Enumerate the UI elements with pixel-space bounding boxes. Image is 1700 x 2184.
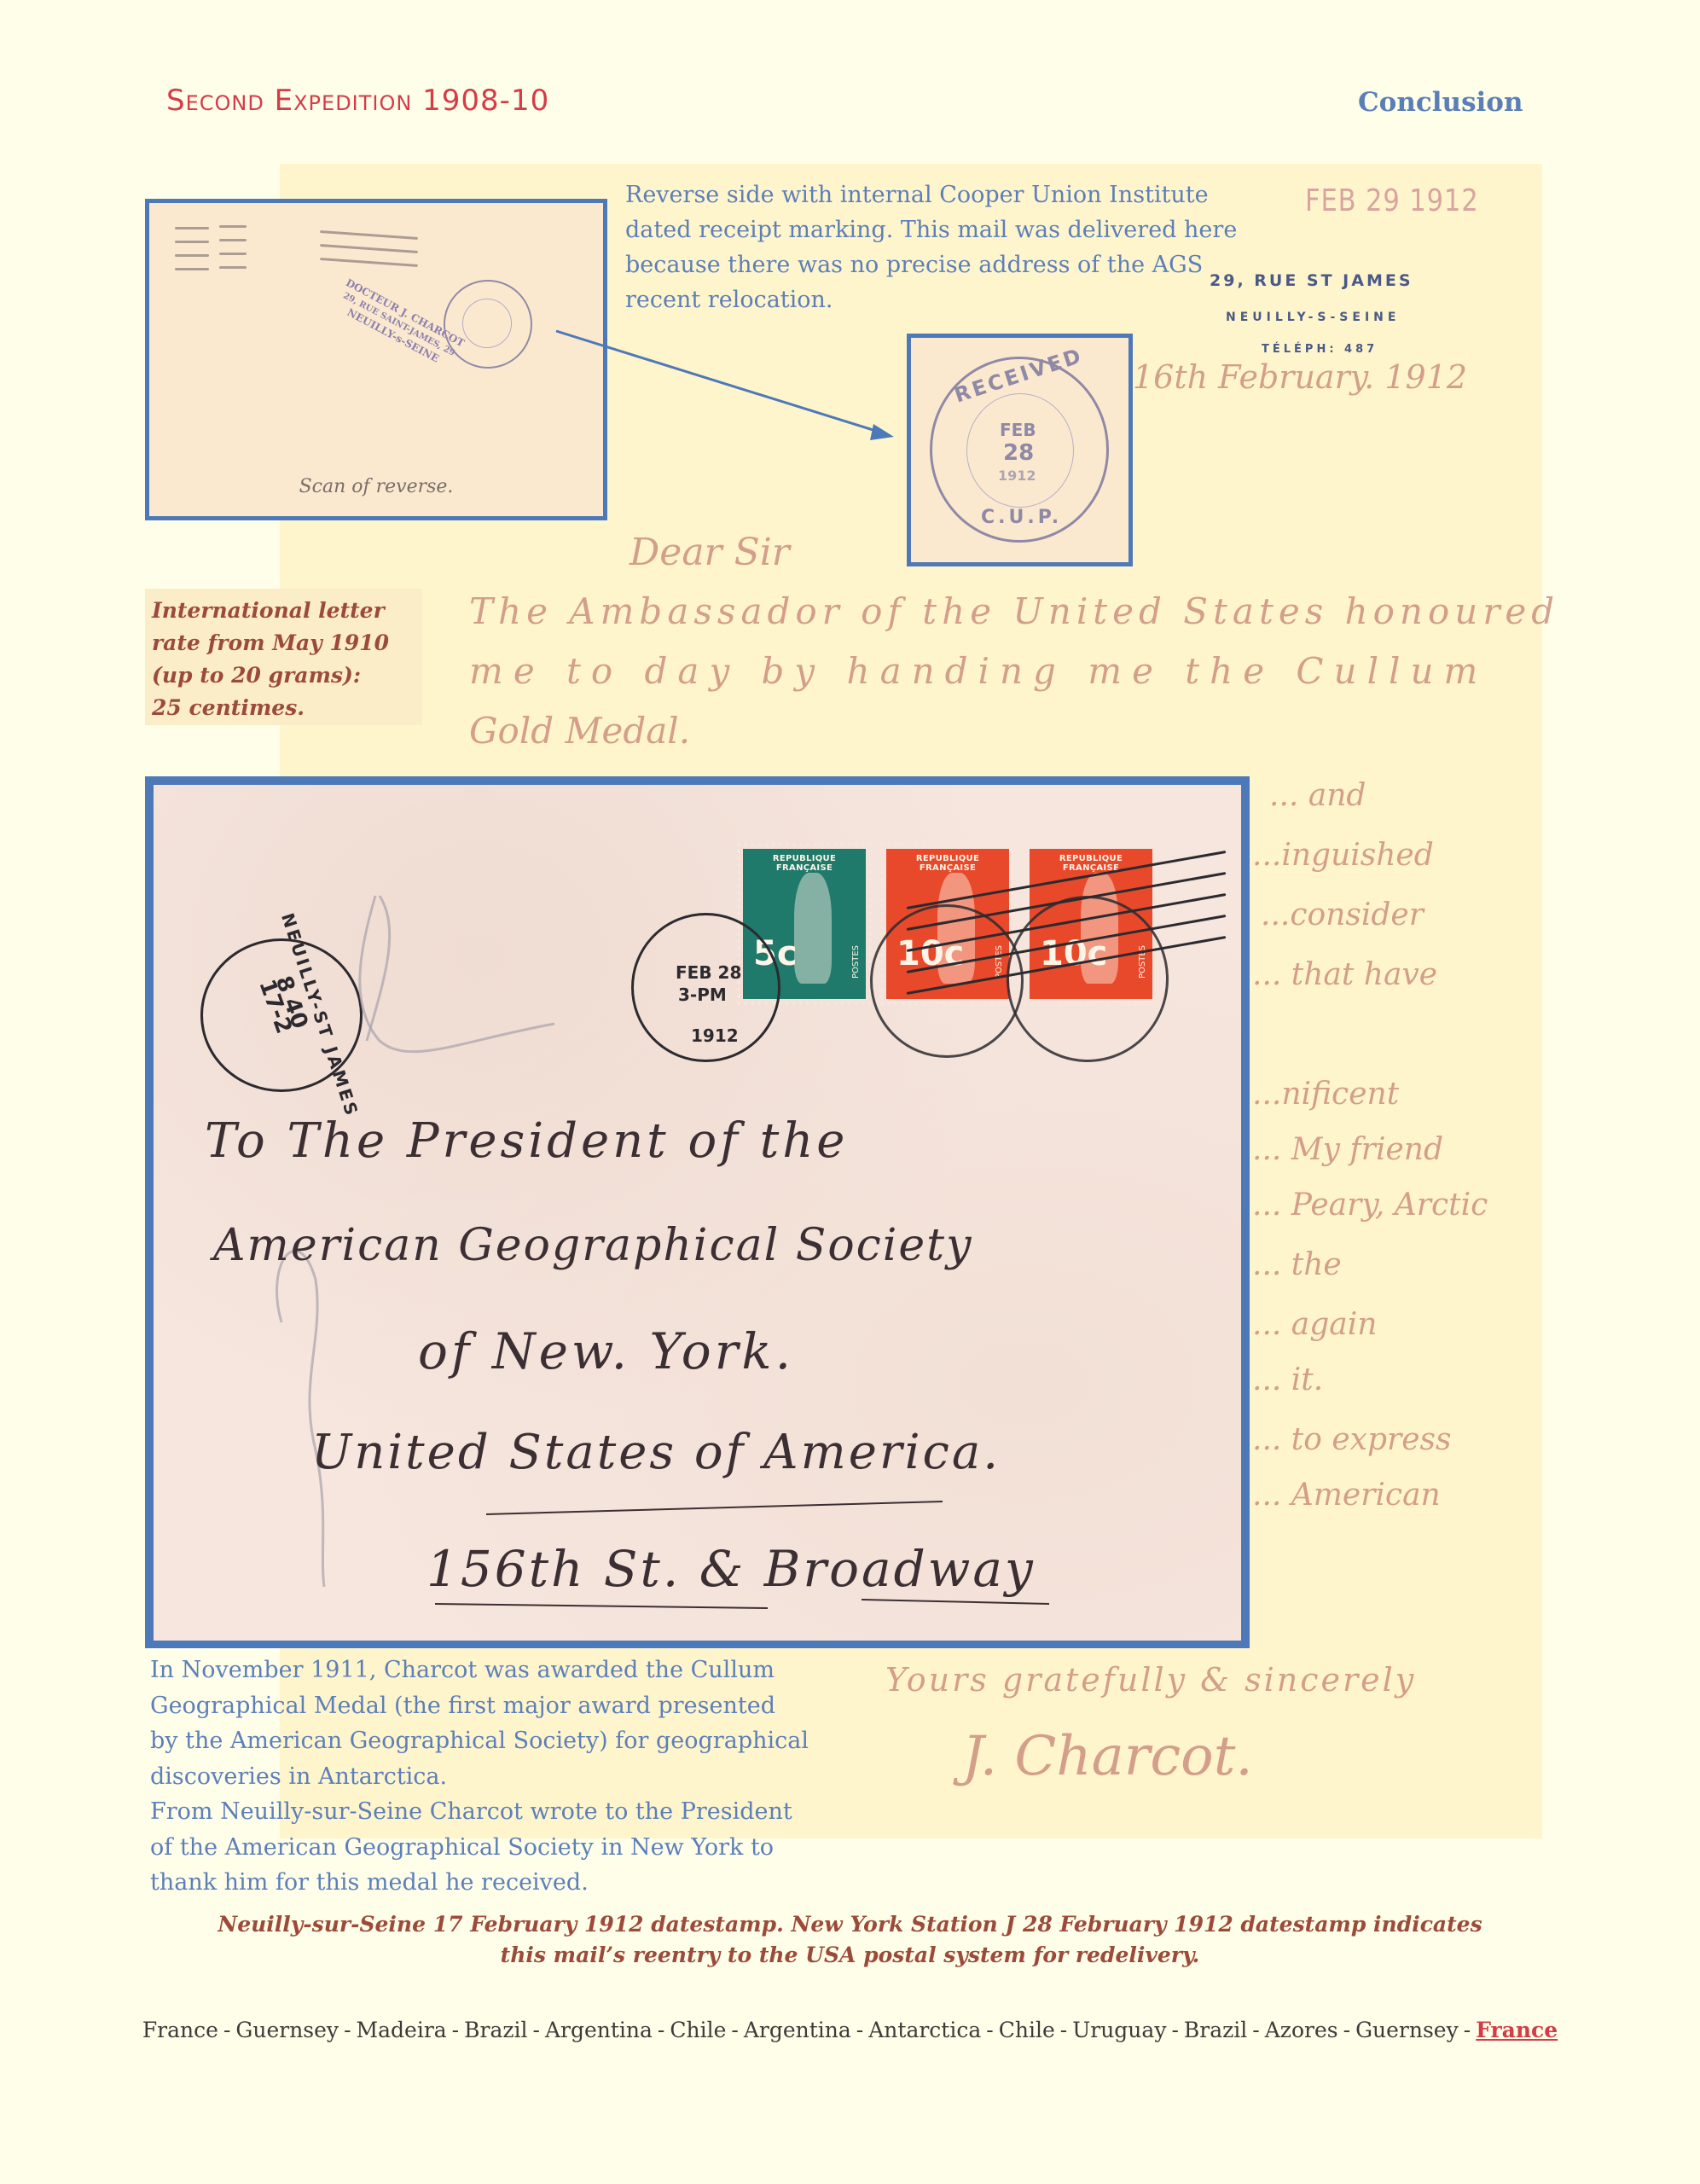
address-line: United States of America. xyxy=(311,1425,1001,1480)
route-separator: - xyxy=(452,2018,459,2042)
route-separator: - xyxy=(223,2018,230,2042)
letter-line: ... and xyxy=(1269,778,1366,813)
route-separator: - xyxy=(986,2018,993,2042)
letter-line: ...consider xyxy=(1261,897,1424,932)
section-label: Conclusion xyxy=(1358,87,1523,118)
route-separator: - xyxy=(731,2018,738,2042)
page-title: Second Expedition 1908-10 xyxy=(166,84,549,118)
envelope-cover-image: REPUBLIQUE FRANÇAISE 5c POSTES REPUBLIQU… xyxy=(154,785,1241,1641)
letter-line: ... the xyxy=(1252,1247,1342,1282)
route-separator: - xyxy=(1464,2018,1471,2042)
route-separator: - xyxy=(658,2018,664,2042)
letter-line: ... that have xyxy=(1252,957,1437,992)
letter-line: ... My friend xyxy=(1252,1132,1443,1167)
route-stop: Argentina xyxy=(744,2018,851,2042)
letter-line: ... it. xyxy=(1252,1362,1323,1397)
letter-line: Gold Medal. xyxy=(469,710,690,752)
route-stop-current[interactable]: France xyxy=(1476,2018,1558,2042)
letter-line: ... again xyxy=(1252,1307,1377,1342)
letter-line: ...inguished xyxy=(1252,838,1434,873)
received-postmark-small xyxy=(444,280,532,369)
route-stop: Uruguay xyxy=(1072,2018,1166,2042)
route-stop: Chile xyxy=(999,2018,1055,2042)
address-line: 156th St. & Broadway xyxy=(426,1540,1036,1598)
letter-line: me to day by handing me the Cullum xyxy=(469,650,1488,692)
letter-line: ... Peary, Arctic xyxy=(1252,1188,1488,1223)
letter-signature: J. Charcot. xyxy=(962,1725,1253,1788)
reverse-scan-image: DOCTEUR J. CHARCOT 29, RUE SAINT-JAMES, … xyxy=(145,199,607,520)
route-stop: Chile xyxy=(670,2018,726,2042)
route-stop: France xyxy=(142,2018,218,2042)
route-stop: Antarctica xyxy=(868,2018,981,2042)
letter-salutation: Dear Sir xyxy=(630,531,790,574)
route-separator: - xyxy=(533,2018,540,2042)
route-stop: Madeira xyxy=(357,2018,447,2042)
route-stop: Guernsey xyxy=(1355,2018,1459,2042)
expedition-route: France-Guernsey-Madeira-Brazil-Argentina… xyxy=(0,2018,1700,2042)
route-separator: - xyxy=(1060,2018,1067,2042)
route-separator: - xyxy=(1252,2018,1259,2042)
route-stop: Brazil xyxy=(1184,2018,1247,2042)
route-stop: Azores xyxy=(1265,2018,1338,2042)
route-separator: - xyxy=(1343,2018,1350,2042)
award-description: In November 1911, Charcot was awarded th… xyxy=(150,1653,884,1901)
letter-line: The Ambassador of the United States hono… xyxy=(469,590,1559,632)
address-line: of New. York. xyxy=(418,1322,794,1380)
letter-date: 16th February. 1912 xyxy=(1133,358,1467,396)
received-mark-detail: RECEIVED FEB 28 1912 C.U.P. xyxy=(907,334,1133,566)
route-stop: Guernsey xyxy=(235,2018,339,2042)
letter-line: ... American xyxy=(1252,1478,1441,1513)
letter-line: ... to express xyxy=(1252,1422,1451,1457)
cover-caption: Neuilly-sur-Seine 17 February 1912 dates… xyxy=(128,1909,1572,1971)
reverse-description: Reverse side with internal Cooper Union … xyxy=(625,177,1274,317)
receipt-date-stamp: FEB 29 1912 xyxy=(1305,183,1479,218)
letter-closing: Yours gratefully & sincerely xyxy=(885,1661,1416,1699)
route-stop: Brazil xyxy=(464,2018,527,2042)
pencil-marks xyxy=(154,785,1241,1641)
address-line: To The President of the xyxy=(205,1113,848,1169)
route-stop: Argentina xyxy=(545,2018,653,2042)
route-separator: - xyxy=(344,2018,351,2042)
route-separator: - xyxy=(856,2018,863,2042)
rate-note: International letter rate from May 1910 … xyxy=(152,595,389,724)
address-line: American Geographical Society xyxy=(213,1220,972,1271)
letter-line: ...nificent xyxy=(1252,1077,1399,1112)
reverse-scan-caption: Scan of reverse. xyxy=(149,476,603,497)
route-separator: - xyxy=(1171,2018,1178,2042)
letterhead-telephone: TÉLÉPH: 487 xyxy=(1262,343,1378,356)
